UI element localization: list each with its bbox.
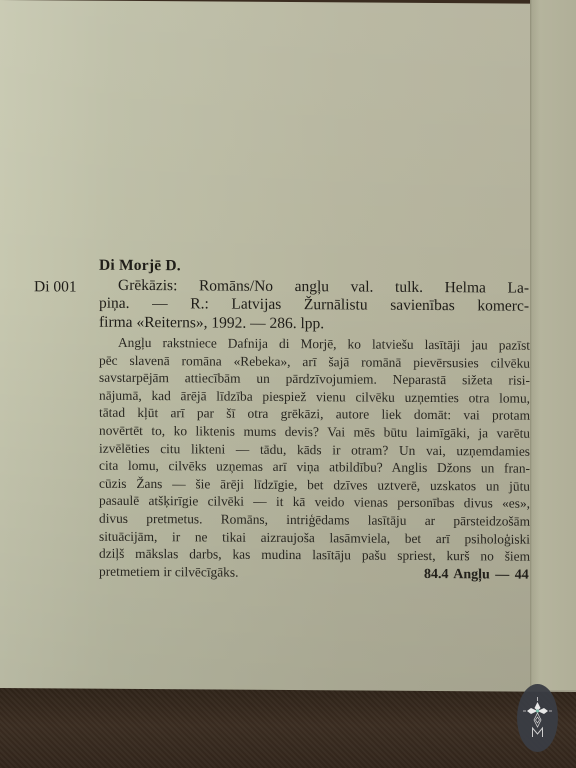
entry-author: Di Morjē D. <box>99 257 181 276</box>
entry-call-number: Di 001 <box>34 278 77 296</box>
app-logo-icon <box>517 684 558 752</box>
bibliographic-entry: Di Morjē D. Di 001 Grēkāzis: Romāns/No a… <box>0 0 576 4</box>
catalog-page: Di Morjē D. Di 001 Grēkāzis: Romāns/No a… <box>0 0 576 692</box>
entry-classification: 84.4 Angļu — 44 <box>424 567 529 584</box>
entry-citation: Grēkāzis: Romāns/No angļu val. tulk. Hel… <box>99 277 529 335</box>
table-surface <box>0 683 576 768</box>
citation-line: piņa. — R.: Latvijas Žurnālistu savienīb… <box>99 295 529 316</box>
citation-line: firma «Reiterns», 1992. — 286. lpp. <box>99 313 529 334</box>
next-page-edge <box>530 0 576 690</box>
entry-annotation: Angļu rakstniece Dafnija di Morjē, ko la… <box>99 334 530 583</box>
watermark-badge[interactable] <box>517 684 558 752</box>
